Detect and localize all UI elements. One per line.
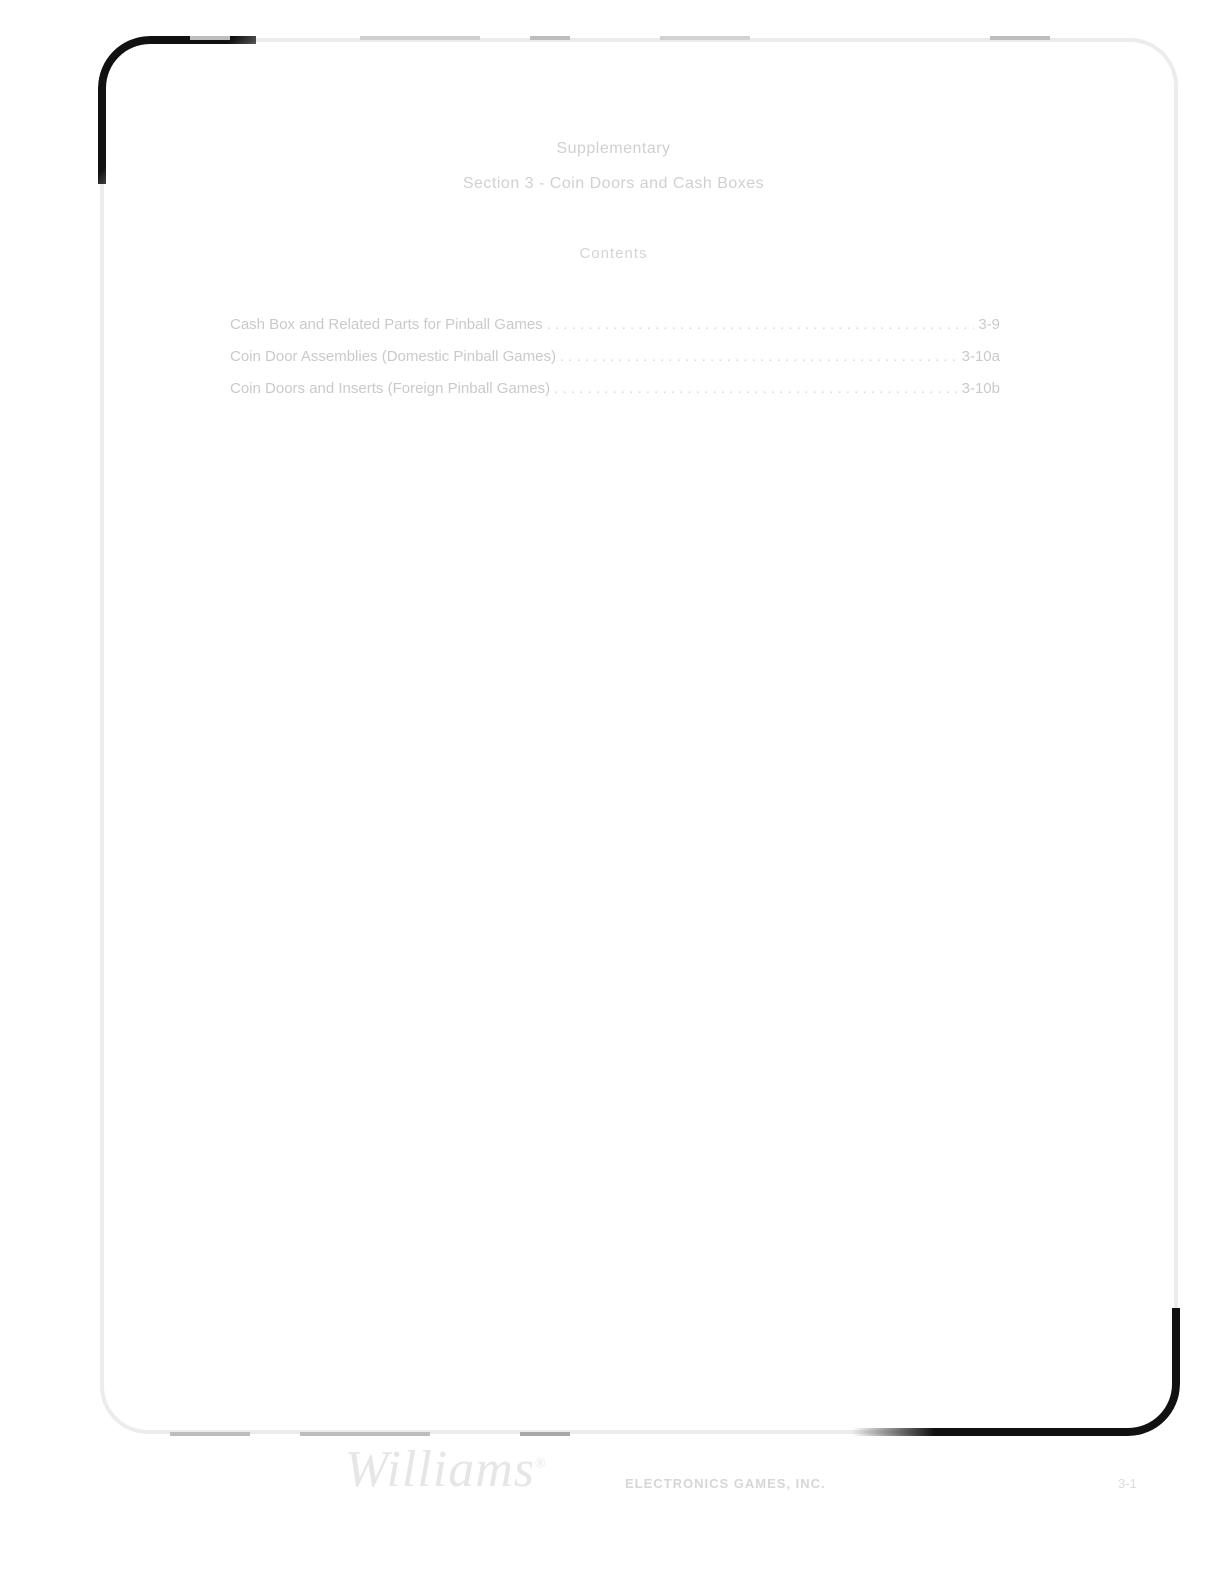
toc-entry-page: 3-10a xyxy=(962,348,1000,365)
border-segment xyxy=(660,36,750,40)
toc-leader-dots xyxy=(554,380,957,397)
company-name: ELECTRONICS GAMES, INC. xyxy=(625,1476,826,1491)
registered-mark: ® xyxy=(535,1457,547,1472)
brand-name: Williams xyxy=(345,1441,535,1498)
document-supertitle: Supplementary xyxy=(0,140,1227,158)
border-segment xyxy=(530,36,570,40)
border-segment xyxy=(190,36,230,40)
toc-entry[interactable]: Cash Box and Related Parts for Pinball G… xyxy=(230,316,1000,348)
border-segment xyxy=(990,36,1050,40)
contents-heading: Contents xyxy=(0,245,1227,262)
border-segment xyxy=(360,36,480,40)
toc-entry-page: 3-10b xyxy=(962,380,1000,397)
section-title: Section 3 - Coin Doors and Cash Boxes xyxy=(0,175,1227,193)
toc-leader-dots xyxy=(547,316,975,333)
toc-entry[interactable]: Coin Door Assemblies (Domestic Pinball G… xyxy=(230,348,1000,380)
williams-logo: Williams® xyxy=(345,1440,547,1499)
border-segment xyxy=(170,1432,250,1436)
toc-leader-dots xyxy=(560,348,958,365)
toc-entry-label: Cash Box and Related Parts for Pinball G… xyxy=(230,316,543,333)
page-border-corner-bottom-right xyxy=(852,1308,1180,1436)
border-segment xyxy=(300,1432,430,1436)
border-segment xyxy=(520,1432,570,1436)
toc-entry-label: Coin Door Assemblies (Domestic Pinball G… xyxy=(230,348,556,365)
toc-entry-label: Coin Doors and Inserts (Foreign Pinball … xyxy=(230,380,550,397)
toc-entry[interactable]: Coin Doors and Inserts (Foreign Pinball … xyxy=(230,380,1000,412)
page-border-corner-top-left xyxy=(98,36,256,184)
page-number: 3-1 xyxy=(1118,1476,1137,1491)
toc-entry-page: 3-9 xyxy=(978,316,1000,333)
table-of-contents: Cash Box and Related Parts for Pinball G… xyxy=(230,316,1000,412)
